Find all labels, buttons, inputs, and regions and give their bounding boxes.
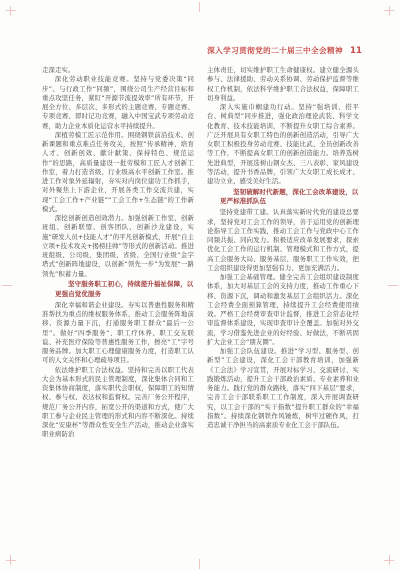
paragraph: 深入实施巾帼建功行动。坚持“强培训、搭平台、树典型”同步推进，强化政治理论武装、… (207, 103, 359, 186)
paragraph: 依法维护职工合法权益。坚持和完善以职工代表大会为基本形式的民主管理制度，深化集体… (42, 366, 194, 440)
crop-mark-left-center (2, 285, 12, 286)
crop-mark-top-right-v (389, 6, 390, 16)
paragraph: 深化劳动职业技能竞赛。坚持与党委决策“同步”、与行政工作“同频”，围绕公司生产经… (42, 75, 194, 131)
paragraph: 深化幸福和谐企业建设。夯实以普惠性服务和精准帮扶为重点的维权服务体系，推动工会服… (42, 301, 194, 366)
crop-mark-bottom-left-v (10, 555, 11, 565)
document-page: 深入学习贯彻党的二十届三中全会精神11 走深走实。 深化劳动职业技能竞赛。坚持与… (0, 0, 400, 571)
crop-mark-top-center (199, 2, 200, 12)
right-column: 主体责任，切实维护职工生命健康权。建立健全源头参与、法律援助、劳动关系协调、劳动… (207, 66, 359, 440)
left-column: 走深走实。 深化劳动职业技能竞赛。坚持与党委决策“同步”、与行政工作“同频”，围… (42, 66, 194, 440)
crop-mark-top-left-v (10, 6, 11, 16)
paragraph-continuation: 主体责任，切实维护职工生命健康权。建立健全源头参与、法律援助、劳动关系协调、劳动… (207, 66, 359, 103)
page-number: 11 (350, 46, 362, 56)
running-head: 深入学习贯彻党的二十届三中全会精神11 (0, 38, 362, 57)
section-heading: 坚守服务职工初心，持续提升福祉保障，以更强自觉优服务 (42, 280, 194, 299)
crop-mark-bottom-right-v (389, 555, 390, 565)
paragraph-continuation: 走深走实。 (42, 66, 194, 75)
paragraph: 加强工会队伍建设。推进“学习型、服务型、创新型”工会建设，深化工会干部教育培训，… (207, 347, 359, 430)
section-heading: 坚韧破解时代新题，深化工会改革建设，以更严标准抓队伍 (207, 188, 359, 207)
page-body: 走深走实。 深化劳动职业技能竞赛。坚持与党委决策“同步”、与行政工作“同频”，围… (42, 66, 359, 440)
crop-mark-bottom-center (199, 559, 200, 569)
paragraph: 深挖创新创造创效潜力。加强创新工作室、创新班组、创新联盟、创客团队、创新沙龙建设… (42, 214, 194, 279)
crop-mark-right-center (388, 285, 398, 286)
running-head-title: 深入学习贯彻党的二十届三中全会精神 (207, 46, 343, 55)
paragraph: 坚持党建带工建。认真落实新时代党的建设总要求，坚持党对工会工作的领导，善于运用党… (207, 208, 359, 273)
paragraph: 加强工会基础管理。健全完善工会组织建设制度体系，加大对基层工会的支持力度，推动工… (207, 273, 359, 347)
crop-mark-top-left-h (6, 10, 16, 11)
paragraph: 深植劳模工匠示范作用。围绕钢铁前沿技术、创新课题和重点难点任务攻关，按照“传承精… (42, 131, 194, 214)
crop-mark-bottom-left-h (6, 560, 16, 561)
